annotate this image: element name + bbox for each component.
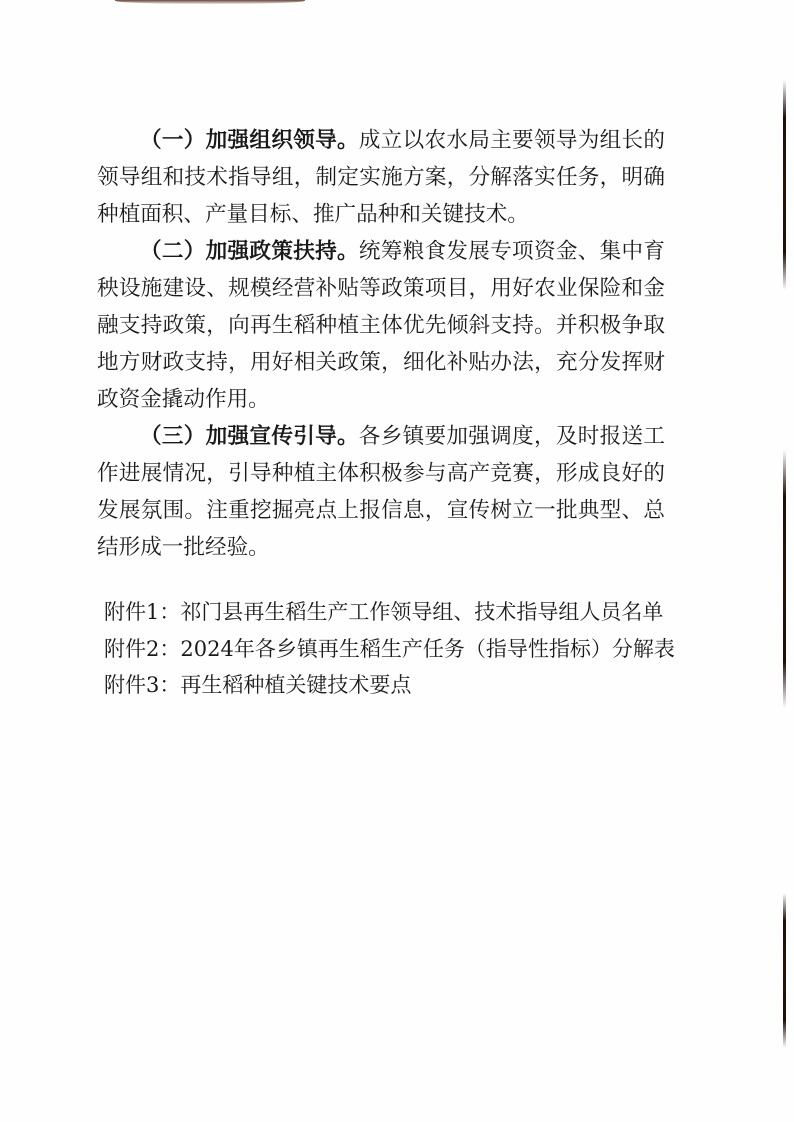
attachment-title: 2024年各乡镇再生稻生产任务（指导性指标）分解表 (180, 637, 674, 661)
scan-edge-line (783, 893, 786, 1048)
section-policy-support: （二）加强政策扶持。统筹粮食发展专项资金、集中育秧设施建设、规模经营补贴等政策项… (97, 233, 665, 418)
scan-edge-line (783, 450, 786, 708)
scan-shadow-top (115, 0, 305, 4)
attachment-title: 祁门县再生稻生产工作领导组、技术指导组人员名单 (180, 600, 663, 624)
attachment-label: 附件1： (104, 600, 180, 624)
attachment-item: 附件2：2024年各乡镇再生稻生产任务（指导性指标）分解表 (104, 631, 704, 668)
section-heading: （一）加强组织领导。 (140, 128, 359, 153)
section-heading: （三）加强宣传引导。 (140, 424, 359, 449)
section-heading: （二）加强政策扶持。 (140, 239, 359, 264)
attachment-list: 附件1：祁门县再生稻生产工作领导组、技术指导组人员名单 附件2：2024年各乡镇… (104, 594, 704, 704)
section-organization-leadership: （一）加强组织领导。成立以农水局主要领导为组长的领导组和技术指导组，制定实施方案… (97, 122, 665, 233)
section-text: 统筹粮食发展专项资金、集中育秧设施建设、规模经营补贴等政策项目，用好农业保险和金… (97, 239, 665, 412)
attachment-item: 附件3：再生稻种植关键技术要点 (104, 667, 704, 704)
document-body: （一）加强组织领导。成立以农水局主要领导为组长的领导组和技术指导组，制定实施方案… (97, 122, 665, 566)
scan-edge-line (783, 80, 786, 290)
attachment-title: 再生稻种植关键技术要点 (180, 673, 411, 697)
attachment-label: 附件3： (104, 673, 180, 697)
section-publicity-guidance: （三）加强宣传引导。各乡镇要加强调度，及时报送工作进展情况，引导种植主体积极参与… (97, 418, 665, 566)
attachment-item: 附件1：祁门县再生稻生产工作领导组、技术指导组人员名单 (104, 594, 704, 631)
attachment-label: 附件2： (104, 637, 180, 661)
document-page: （一）加强组织领导。成立以农水局主要领导为组长的领导组和技术指导组，制定实施方案… (0, 0, 794, 1122)
